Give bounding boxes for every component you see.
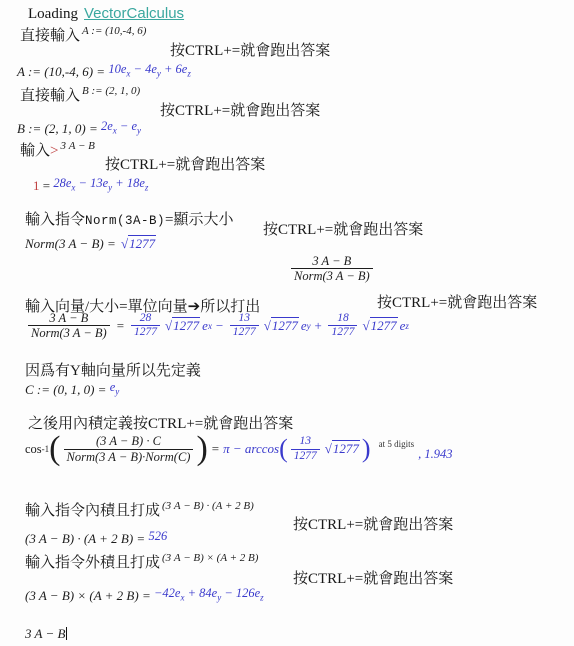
fraction-denominator: Norm(3 A − B) (291, 269, 373, 283)
ctrl-hint: 按CTRL+=就會跑出答案 (293, 513, 453, 534)
instruction-text: 之後用內積定義 (28, 416, 133, 432)
maple-worksheet: LoadingVectorCalculus 直接輸入A := (10,-4, 6… (0, 0, 574, 646)
equation-b-result: 2ex − ey (101, 119, 141, 133)
equation-number: 1 (33, 178, 40, 193)
term-coef: 28e (53, 176, 71, 190)
radicand: 1277 (271, 317, 299, 333)
equation-arccos-result: π − arccos ( 13 1277 √1277 ) (223, 435, 370, 462)
inline-math-cross[interactable]: (3 A − B) × (A + 2 B) (162, 552, 258, 564)
term-sub: z (260, 593, 264, 603)
instruction-dot-def: 之後用內積定義按CTRL+=就會跑出答案 (28, 412, 293, 433)
instruction-text: 直接輸入 (20, 88, 80, 104)
equation-b-lhs: B := (2, 1, 0) = (17, 121, 101, 136)
instruction-text: 直接輸入 (20, 28, 80, 44)
instruction-dot-cmd: 輸入指令內積且打成(3 A − B) · (A + 2 B) (25, 499, 254, 520)
instruction-input-expr: 輸入>3 A − B (20, 139, 95, 160)
left-paren: ( (49, 432, 60, 466)
inline-math-define-b[interactable]: B := (2, 1, 0) (82, 85, 140, 97)
fraction: 13 1277 (230, 312, 259, 339)
term-coef: − 13e (75, 176, 108, 190)
fraction-numerator: (3 A − B) · C (64, 434, 194, 449)
term-coef: 10e (108, 62, 126, 76)
instruction-text: 輸入指令 (25, 212, 85, 228)
radical: √1277 (165, 318, 200, 334)
radicand: 1277 (332, 440, 360, 456)
right-paren: ) (362, 436, 371, 462)
radical: √1277 (362, 318, 397, 334)
term-sub: y (115, 387, 119, 397)
cos-function: cos (25, 442, 42, 457)
term-sub: y (137, 126, 141, 136)
fraction-denominator: 1277 (291, 450, 320, 463)
inverse-exponent: -1 (42, 444, 50, 454)
equation-a-lhs: A := (10,-4, 6) = (17, 64, 108, 79)
ctrl-hint: 按CTRL+=就會跑出答案 (133, 416, 293, 432)
unit-vector-fraction[interactable]: 3 A − B Norm(3 A − B) (288, 254, 376, 284)
loading-label: Loading (28, 6, 78, 22)
term-coef: − e (117, 119, 137, 133)
ctrl-hint: 按CTRL+=就會跑出答案 (105, 153, 265, 174)
instruction-norm-cmd: 輸入指令Norm(3A-B)=顯示大小 (25, 208, 234, 229)
fraction-denominator: 1277 (328, 326, 357, 339)
fraction-numerator: 13 (291, 435, 320, 449)
radicand: 1277 (128, 235, 156, 251)
instruction-text: =顯示大小 (165, 212, 233, 228)
radicand: 1277 (370, 317, 398, 333)
equation-norm-lhs: Norm(3 A − B) = (25, 236, 119, 251)
right-paren: ) (196, 432, 207, 466)
equation-1-result: 28ex − 13ey + 18ez (53, 176, 148, 190)
equation-c[interactable]: C := (0, 1, 0) = ey (25, 380, 119, 398)
instruction-cross-cmd: 輸入指令外積且打成(3 A − B) × (A + 2 B) (25, 551, 258, 572)
ctrl-hint: 按CTRL+=就會跑出答案 (377, 291, 537, 312)
equation-cross-lhs: (3 A − B) × (A + 2 B) = (25, 588, 154, 603)
ctrl-hint: 按CTRL+=就會跑出答案 (293, 567, 453, 588)
ctrl-hint: 按CTRL+=就會跑出答案 (170, 39, 330, 60)
separator: , (418, 447, 421, 461)
term-sub: y (307, 321, 311, 331)
radical: √1277 (264, 318, 299, 334)
equation-a-result: 10ex − 4ey + 6ez (108, 62, 191, 76)
inline-math-3a-b[interactable]: 3 A − B (60, 140, 94, 152)
fraction-denominator: Norm(3 A − B) (28, 326, 110, 340)
text-cursor (66, 627, 67, 640)
result-expression: π − arccos (223, 441, 279, 457)
equation-dot-product[interactable]: (3 A − B) · (A + 2 B) = 526 (25, 529, 167, 547)
operator-sign: − (215, 318, 224, 334)
left-paren: ( (279, 436, 288, 462)
instruction-text: 輸入指令內積且打成 (25, 503, 160, 519)
equals-sign: = (212, 441, 219, 457)
radical-sign: √ (264, 318, 271, 333)
instruction-text: 輸入指令外積且打成 (25, 555, 160, 571)
radical-sign: √ (362, 318, 369, 333)
maple-prompt: > (50, 143, 58, 159)
instruction-y-axis: 因爲有Y軸向量所以先定義 (25, 359, 201, 380)
fraction-numerator: 18 (328, 312, 357, 326)
fraction: (3 A − B) · C Norm(3 A − B)·Norm(C) (64, 434, 194, 464)
equation-label-1[interactable]: 1 = 28ex − 13ey + 18ez (33, 176, 148, 194)
term-coef: 2e (101, 119, 113, 133)
equals-sign: = (117, 318, 124, 334)
ctrl-hint: 按CTRL+=就會跑出答案 (263, 218, 423, 239)
value-text: 1.943 (424, 447, 452, 461)
fraction-numerator: 28 (131, 312, 160, 326)
term-coef: −42e (154, 586, 180, 600)
inline-math-dot[interactable]: (3 A − B) · (A + 2 B) (162, 500, 254, 512)
equation-dot-lhs: (3 A − B) · (A + 2 B) = (25, 531, 148, 546)
equals-sign: = (43, 178, 50, 193)
fraction: 18 1277 (328, 312, 357, 339)
equation-unit-result: 28 1277 √1277ex − 13 1277 √1277ey + 18 1… (128, 312, 409, 339)
term-sub: z (145, 183, 149, 193)
fraction-numerator: 13 (230, 312, 259, 326)
term-coef: − 4e (130, 62, 156, 76)
fraction: 3 A − B Norm(3 A − B) (291, 254, 373, 284)
numeric-value: , 1.943 (418, 447, 452, 462)
instruction-text: 輸入 (20, 143, 50, 159)
radicand: 1277 (172, 317, 200, 333)
norm-command-code: Norm(3A-B) (85, 214, 165, 228)
equation-cross-result: −42ex + 84ey − 126ez (154, 586, 264, 600)
inline-math-define-a[interactable]: A := (10,-4, 6) (82, 25, 146, 37)
equation-a[interactable]: A := (10,-4, 6) = 10ex − 4ey + 6ez (17, 62, 191, 80)
radical: √1277 (121, 236, 156, 251)
equation-dot-result: 526 (148, 529, 167, 543)
equation-arccos[interactable]: cos-1 ( (3 A − B) · C Norm(3 A − B)·Norm… (25, 432, 452, 466)
ctrl-hint: 按CTRL+=就會跑出答案 (160, 99, 320, 120)
term-sub: z (187, 69, 191, 79)
loading-status-line: LoadingVectorCalculus (28, 5, 184, 23)
term-coef: + 84e (184, 586, 217, 600)
fraction: 13 1277 (291, 435, 320, 462)
equation-norm[interactable]: Norm(3 A − B) = √1277 (25, 236, 158, 252)
equation-c-lhs: C := (0, 1, 0) = (25, 382, 110, 397)
fraction: 3 A − B Norm(3 A − B) (28, 311, 110, 341)
package-link[interactable]: VectorCalculus (84, 5, 184, 22)
term-coef: + 6e (161, 62, 187, 76)
fraction-denominator: Norm(3 A − B)·Norm(C) (64, 450, 194, 464)
equation-unit-vector[interactable]: 3 A − B Norm(3 A − B) = 28 1277 √1277ex … (25, 311, 409, 341)
fraction-denominator: 1277 (230, 326, 259, 339)
radical: √1277 (325, 441, 360, 457)
pending-expression: 3 A − B (25, 626, 65, 641)
radical-sign: √ (325, 441, 332, 456)
term-sub: x (208, 321, 212, 331)
term-sub: z (405, 321, 409, 331)
operator-sign: + (314, 318, 323, 334)
equation-b[interactable]: B := (2, 1, 0) = 2ex − ey (17, 119, 141, 137)
digits-note: at 5 digits (379, 439, 415, 449)
term-coef: − 126e (221, 586, 260, 600)
fraction-numerator: 3 A − B (28, 311, 110, 326)
fraction-denominator: 1277 (131, 326, 160, 339)
fraction-numerator: 3 A − B (291, 254, 373, 269)
equation-cross-product[interactable]: (3 A − B) × (A + 2 B) = −42ex + 84ey − 1… (25, 586, 264, 604)
equation-c-result: ey (110, 380, 120, 394)
instruction-define-a: 直接輸入A := (10,-4, 6) (20, 24, 146, 45)
term-coef: + 18e (112, 176, 145, 190)
instruction-define-b: 直接輸入B := (2, 1, 0) (20, 84, 140, 105)
fraction: 28 1277 (131, 312, 160, 339)
pending-input[interactable]: 3 A − B (25, 626, 67, 642)
